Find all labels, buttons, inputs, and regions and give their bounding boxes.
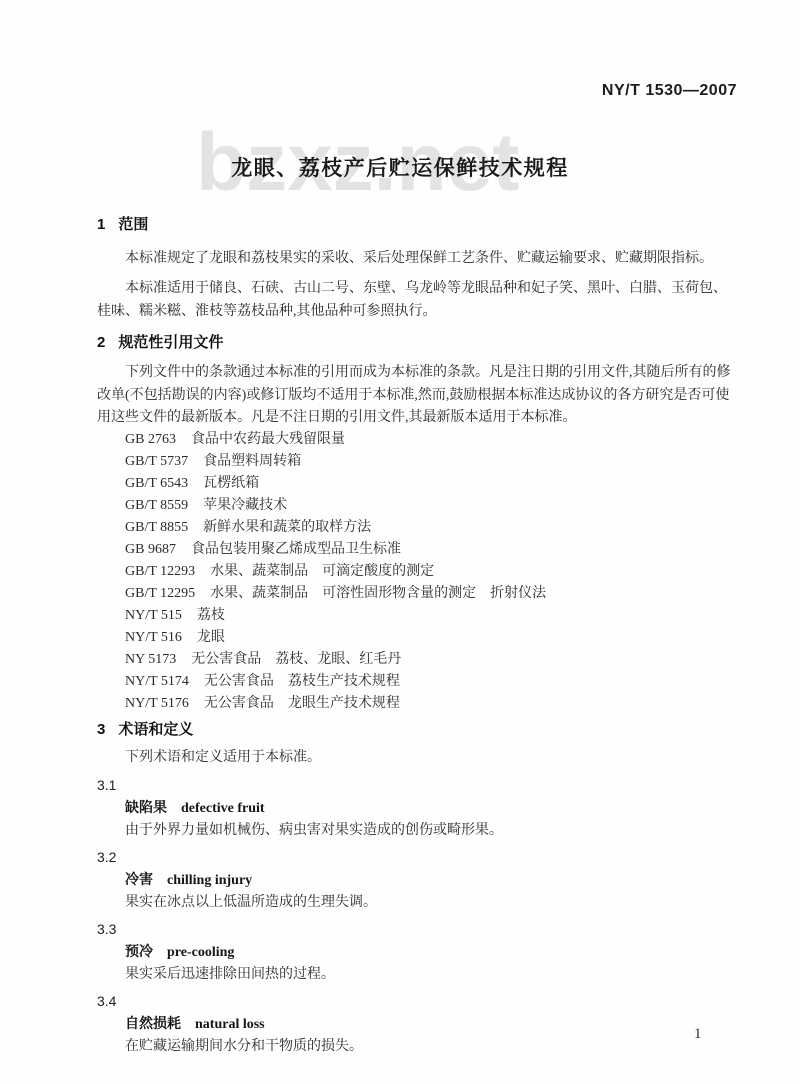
reference-item: NY/T 515荔枝 (125, 605, 739, 627)
standard-number: NY/T 1530—2007 (602, 82, 737, 100)
reference-item: GB/T 12293水果、蔬菜制品 可滴定酸度的测定 (125, 561, 739, 583)
reference-item: NY 5173无公害食品 荔枝、龙眼、红毛丹 (125, 649, 739, 671)
reference-title: 荔枝 (197, 608, 225, 623)
reference-code: NY/T 515 (125, 608, 182, 623)
document-page: NY/T 1530—2007 bzxz.net 龙眼、荔枝产后贮运保鲜技术规程 … (0, 0, 800, 1084)
reference-code: GB/T 12295 (125, 586, 195, 601)
page-number: 1 (694, 1026, 702, 1043)
reference-code: GB/T 5737 (125, 454, 188, 469)
reference-item: GB/T 8559苹果冷藏技术 (125, 495, 739, 517)
terms-intro-paragraph: 下列术语和定义适用于本标准。 (97, 747, 739, 769)
section-2-number: 2 (97, 334, 105, 351)
term-definition: 果实在冰点以上低温所造成的生理失调。 (97, 892, 739, 914)
section-1-heading: 1范围 (97, 214, 739, 236)
reference-title: 食品包装用聚乙烯成型品卫生标准 (191, 542, 401, 557)
reference-item: GB 9687食品包装用聚乙烯成型品卫生标准 (125, 539, 739, 561)
term-chinese: 预冷 (125, 943, 153, 959)
reference-item: GB 2763食品中农药最大残留限量 (125, 429, 739, 451)
term-line: 冷害chilling injury (97, 868, 739, 892)
section-3-title: 术语和定义 (118, 721, 193, 738)
document-title: 龙眼、荔枝产后贮运保鲜技术规程 (0, 152, 800, 182)
term-chinese: 缺陷果 (125, 799, 167, 815)
reference-title: 龙眼 (197, 630, 225, 645)
reference-item: NY/T 5176无公害食品 龙眼生产技术规程 (125, 693, 739, 715)
term-definition: 果实采后迅速排除田间热的过程。 (97, 964, 739, 986)
reference-code: GB/T 12293 (125, 564, 195, 579)
section-2-title: 规范性引用文件 (118, 334, 223, 351)
term-english: defective fruit (181, 801, 265, 816)
document-body: 1范围 本标准规定了龙眼和荔枝果实的采收、采后处理保鲜工艺条件、贮藏运输要求、贮… (97, 212, 739, 1058)
reference-code: NY/T 5176 (125, 696, 189, 711)
reference-title: 食品塑料周转箱 (203, 454, 301, 469)
reference-item: GB/T 5737食品塑料周转箱 (125, 451, 739, 473)
reference-code: GB/T 8559 (125, 498, 188, 513)
reference-title: 无公害食品 荔枝、龙眼、红毛丹 (191, 652, 401, 667)
scope-paragraph-1: 本标准规定了龙眼和荔枝果实的采收、采后处理保鲜工艺条件、贮藏运输要求、贮藏期限指… (97, 248, 739, 270)
reference-title: 苹果冷藏技术 (203, 498, 287, 513)
term-definition: 由于外界力量如机械伤、病虫害对果实造成的创伤或畸形果。 (97, 820, 739, 842)
reference-item: GB/T 6543瓦楞纸箱 (125, 473, 739, 495)
term-number: 3.2 (97, 846, 739, 868)
term-line: 预冷pre-cooling (97, 940, 739, 964)
term-english: chilling injury (167, 873, 252, 888)
term-number: 3.4 (97, 990, 739, 1012)
section-3-heading: 3术语和定义 (97, 719, 739, 741)
reference-title: 水果、蔬菜制品 可滴定酸度的测定 (210, 564, 434, 579)
section-2-heading: 2规范性引用文件 (97, 332, 739, 354)
reference-title: 瓦楞纸箱 (203, 476, 259, 491)
reference-code: GB/T 8855 (125, 520, 188, 535)
reference-item: NY/T 5174无公害食品 荔枝生产技术规程 (125, 671, 739, 693)
term-number: 3.1 (97, 774, 739, 796)
term-chinese: 冷害 (125, 871, 153, 887)
reference-item: NY/T 516龙眼 (125, 627, 739, 649)
reference-code: GB 2763 (125, 432, 176, 447)
reference-code: GB 9687 (125, 542, 176, 557)
references-intro-paragraph: 下列文件中的条款通过本标准的引用而成为本标准的条款。凡是注日期的引用文件,其随后… (97, 362, 739, 429)
term-english: pre-cooling (167, 945, 234, 960)
reference-code: NY/T 5174 (125, 674, 189, 689)
reference-item: GB/T 12295水果、蔬菜制品 可溶性固形物含量的测定 折射仪法 (125, 583, 739, 605)
reference-title: 无公害食品 荔枝生产技术规程 (204, 674, 400, 689)
reference-code: NY/T 516 (125, 630, 182, 645)
reference-title: 食品中农药最大残留限量 (191, 432, 345, 447)
scope-paragraph-2: 本标准适用于储良、石硖、古山二号、东壁、乌龙岭等龙眼品种和妃子笑、黑叶、白腊、玉… (97, 278, 739, 323)
term-line: 缺陷果defective fruit (97, 796, 739, 820)
reference-code: GB/T 6543 (125, 476, 188, 491)
reference-code: NY 5173 (125, 652, 176, 667)
term-line: 自然损耗natural loss (97, 1012, 739, 1036)
term-number: 3.3 (97, 918, 739, 940)
term-definition: 在贮藏运输期间水分和干物质的损失。 (97, 1036, 739, 1058)
section-3-number: 3 (97, 721, 105, 738)
section-1-title: 范围 (118, 216, 148, 233)
reference-title: 水果、蔬菜制品 可溶性固形物含量的测定 折射仪法 (210, 586, 546, 601)
reference-title: 新鲜水果和蔬菜的取样方法 (203, 520, 371, 535)
reference-item: GB/T 8855新鲜水果和蔬菜的取样方法 (125, 517, 739, 539)
term-english: natural loss (195, 1017, 265, 1032)
term-chinese: 自然损耗 (125, 1015, 181, 1031)
section-1-number: 1 (97, 216, 105, 233)
reference-list: GB 2763食品中农药最大残留限量 GB/T 5737食品塑料周转箱 GB/T… (97, 429, 739, 715)
reference-title: 无公害食品 龙眼生产技术规程 (204, 696, 400, 711)
